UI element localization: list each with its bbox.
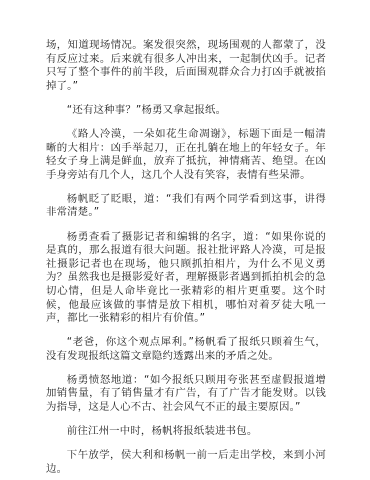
paragraph-after-school: 下午放学，侯大利和杨帆一前一后走出学校，来到小河边。 [46, 449, 326, 476]
paragraph-newspaper-headline: 《路人冷漠，一朵如花生命凋谢》，标题下面是一幅清晰的大相片：凶手举起刀，正在扎躺… [46, 128, 326, 182]
paragraph-school-departure: 前往江州一中时，杨帆将报纸装进书包。 [46, 425, 326, 439]
paragraph-dialogue-question: “还有这种事？”杨勇又拿起报纸。 [46, 104, 326, 118]
document-page: 场，知道现场情况。案发很突然，现场围观的人都蒙了，没有反应过来。后来就有很多人冲… [46, 39, 326, 480]
paragraph-yangyong-angry: 杨勇愤怒地道：“如今报纸只顾用夸张甚至虚假报道增加销售量，有了销售量才有广告，有… [46, 374, 326, 415]
paragraph-continuation: 场，知道现场情况。案发很突然，现场围观的人都蒙了，没有反应过来。后来就有很多人冲… [46, 39, 326, 93]
paragraph-yangyong-analysis: 杨勇查看了摄影记者和编辑的名字，道：“如果你说的是真的，那么报道有很大问题。报社… [46, 231, 326, 326]
paragraph-yangfan-comment: “老爸，你这个观点犀利。”杨帆看了报纸只顾着生气，没有发现报纸这篇文章隐约透露出… [46, 336, 326, 363]
paragraph-yangfan-reply: 杨帆眨了眨眼，道：“我们有两个同学看到这事，讲得非常清楚。” [46, 193, 326, 220]
